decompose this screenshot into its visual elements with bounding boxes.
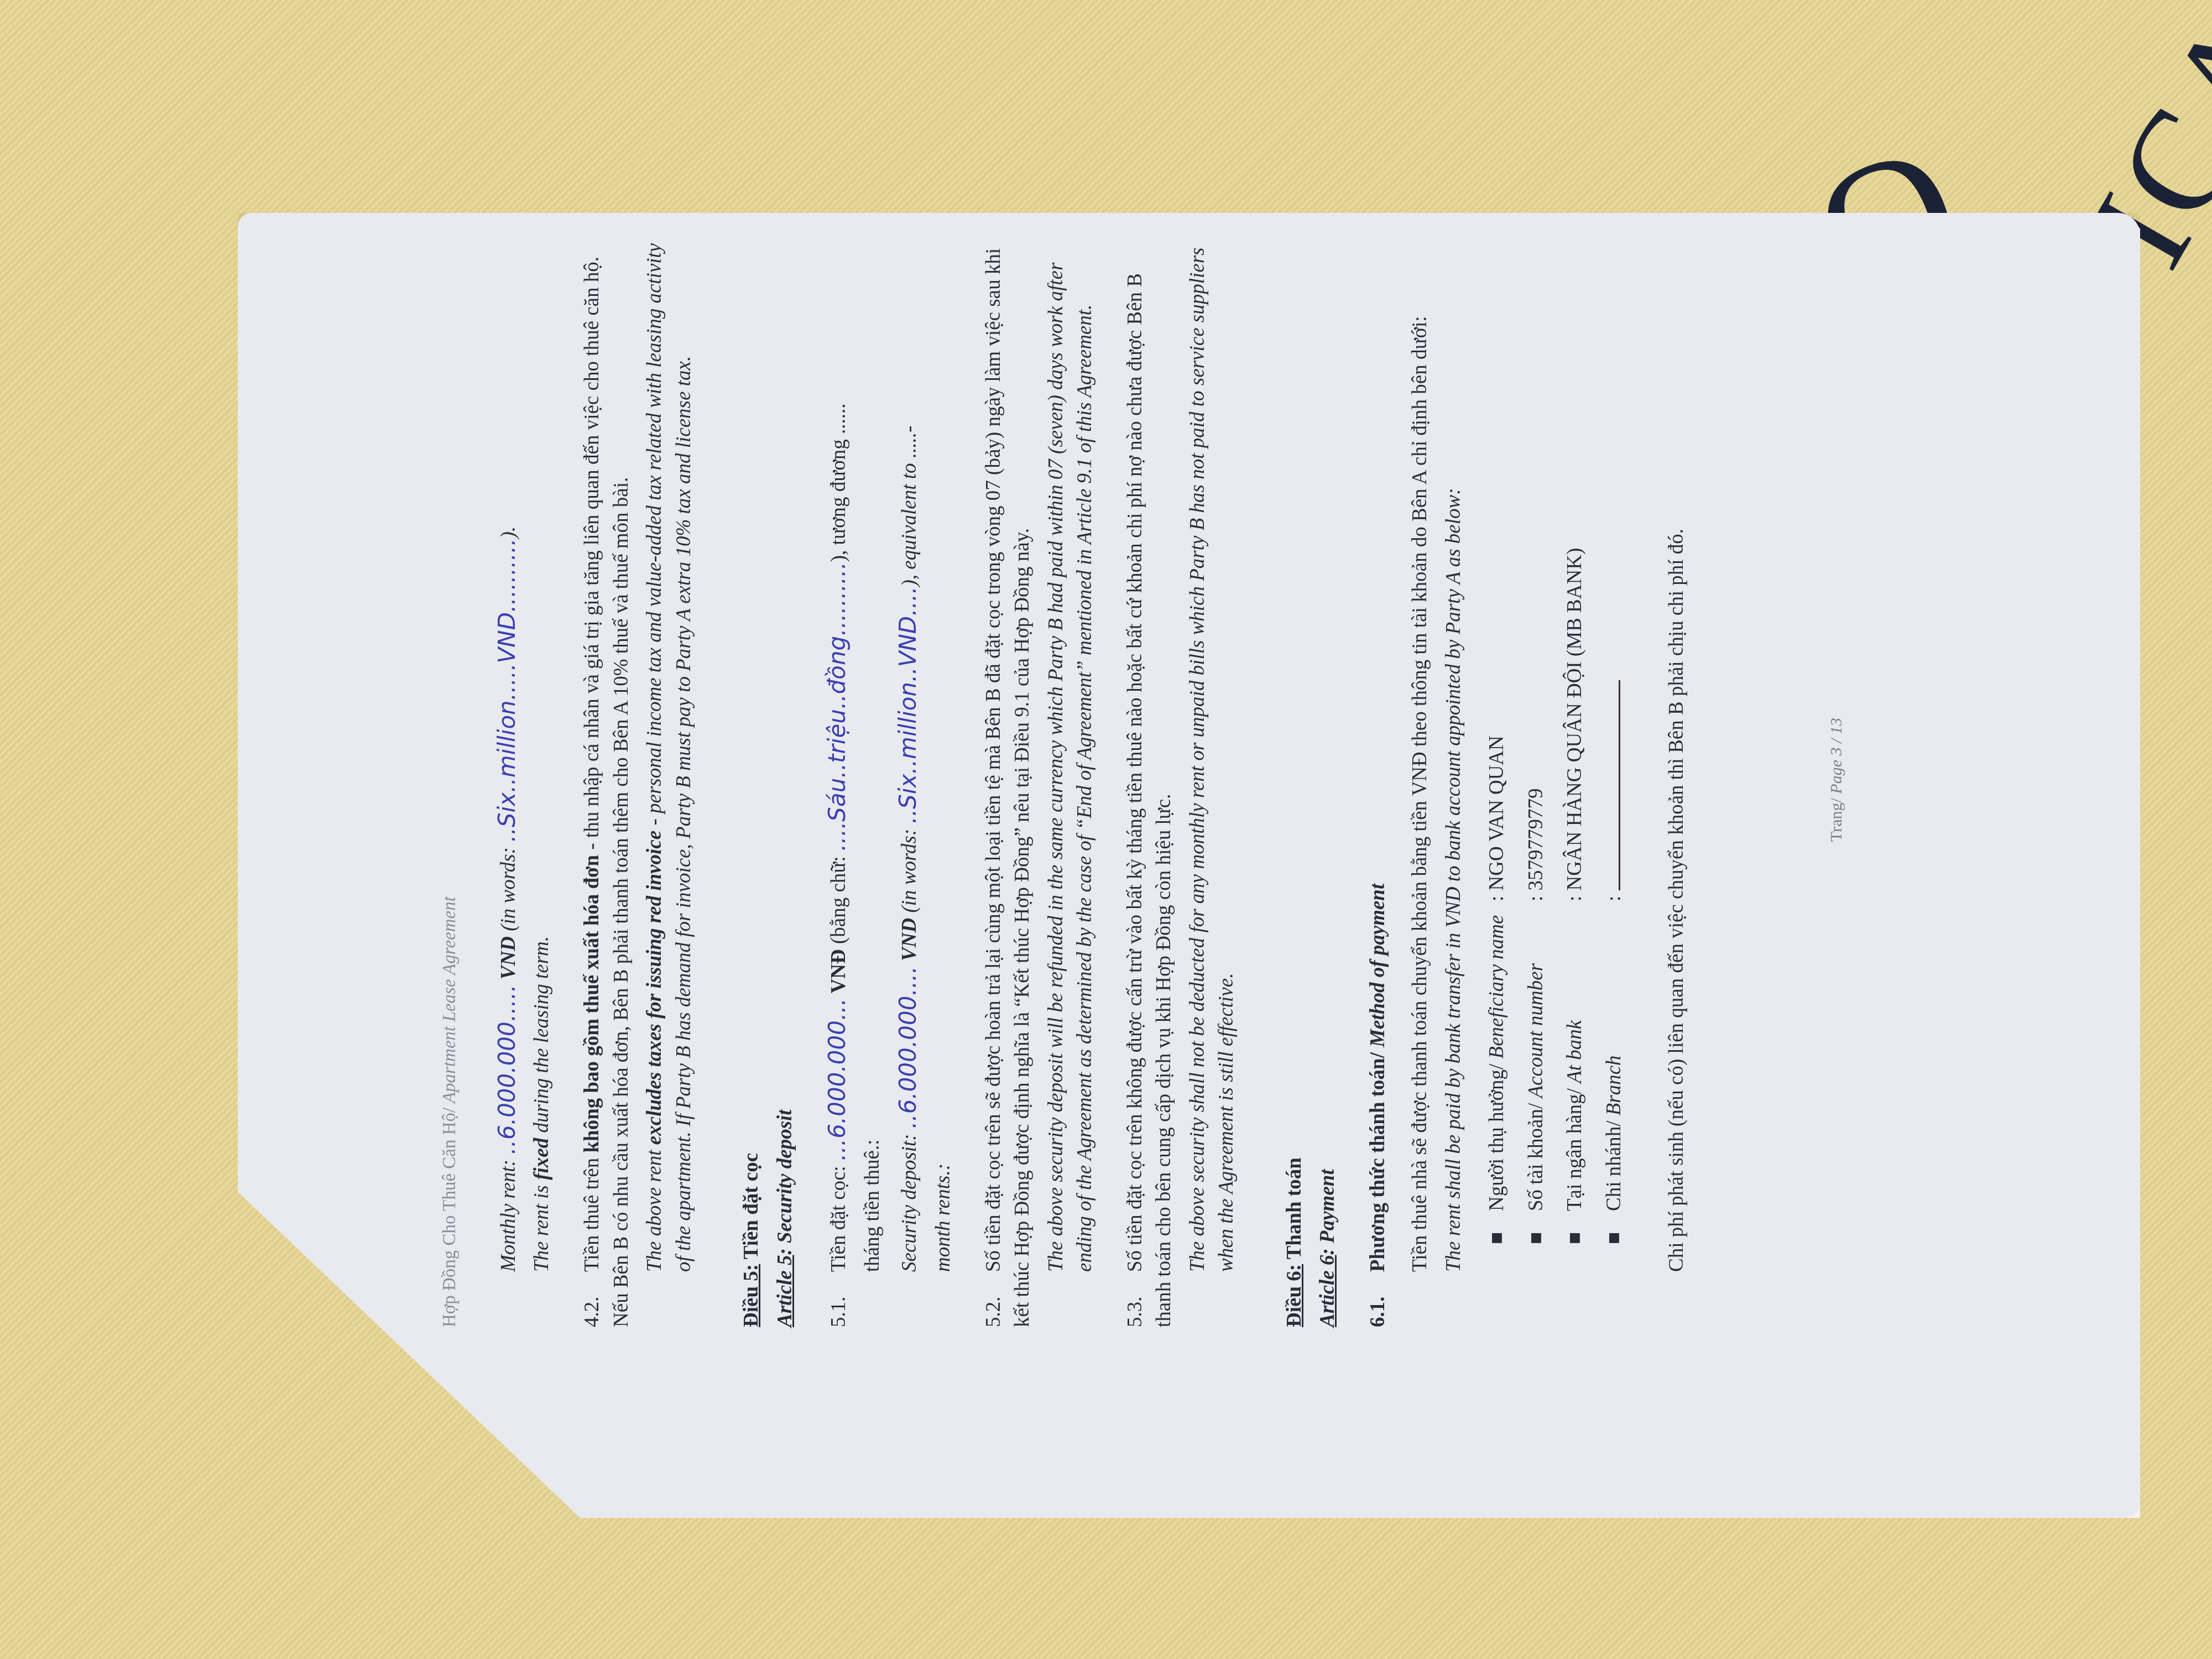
branch-blank-line [1619, 680, 1620, 890]
clause-number: 5.3. [1121, 1272, 1150, 1327]
deposit-amount-en: ..6.000.000.... [894, 966, 921, 1129]
fee-note: Chi phí phát sinh (nếu có) liên quan đến… [1662, 232, 1692, 1272]
label-vi: Người thụ hưởng/ [1485, 1058, 1508, 1211]
heading-vi: Thanh toán [1283, 1157, 1306, 1264]
text: month rents.: [929, 232, 958, 1272]
footer-prefix: Trang/ [1827, 794, 1845, 842]
label-vi: Chi nhánh/ [1603, 1115, 1625, 1211]
bullet-icon: ■ [1600, 1211, 1629, 1244]
monthly-rent-words: ..Six..million.....VND.......... [493, 539, 520, 842]
deposit-words-en: ..Six..million..VND.... [894, 586, 921, 823]
label-vi: Số tài khoản/ [1525, 1098, 1547, 1211]
beneficiary-name: : NGO VAN QUAN [1483, 735, 1512, 901]
text: The above security shall not be deducted… [1183, 232, 1241, 1272]
contract-page: Hợp Đồng Cho Thuê Căn Hộ/ Apartment Leas… [310, 199, 1969, 1360]
text: The rent shall be paid by bank transfer … [1439, 232, 1469, 1272]
monthly-rent-line: Monthly rent: ..6.000.000..... VND (in w… [491, 232, 524, 1272]
branch-value: : [1603, 896, 1625, 901]
text: ), equivalent to .....- [898, 426, 921, 587]
bullet-icon: ■ [1522, 1211, 1551, 1244]
running-head-en: Apartment Lease Agreement [440, 896, 460, 1108]
text: Số tiền đặt cọc trên sẽ được hoàn trả lạ… [982, 248, 1034, 1327]
close-paren: ). [497, 526, 520, 539]
heading-en-label: Article 5 [774, 1255, 796, 1327]
clause-5-2: 5.2.Số tiền đặt cọc trên sẽ được hoàn tr… [979, 232, 1100, 1327]
text-bold: excludes taxes for issuing red invoice [643, 831, 666, 1145]
bank-detail-row: ■ Chi nhánh/ Branch : [1600, 232, 1629, 1244]
words-label: (in words: [898, 824, 921, 918]
bank-detail-row: ■ Người thụ hưởng/ Beneficiary name : NG… [1483, 232, 1512, 1244]
deposit-label-en: Security deposit: [898, 1129, 921, 1272]
text-bold: fixed [530, 1138, 553, 1180]
article-5-heading: Điều 5: Tiền đặt cọc Article 5: Security… [737, 232, 800, 1327]
text: Số tiền đặt cọc trên không được cấn trừ … [1124, 273, 1176, 1327]
text: tháng tiền thuê.: [858, 232, 888, 1272]
rent-fixed-note: The rent is fixed during the leasing ter… [528, 232, 557, 1272]
label-en: Account number [1525, 963, 1547, 1098]
heading-vi-label: Điều 5: [740, 1264, 763, 1327]
label-en: Beneficiary name [1485, 915, 1508, 1059]
deposit-words-vi: ....Sáu..triệu..đồng.......... [823, 562, 851, 851]
heading-vi-label: Điều 6: [1283, 1264, 1306, 1327]
text: Tiền thuê nhà sẽ được thanh toán chuyển … [1406, 232, 1435, 1272]
label-vi: Tại ngân hàng/ [1563, 1083, 1586, 1211]
page-footer: Trang/ Page 3 / 13 [1825, 199, 1849, 1360]
heading-en-label: Article 6 [1316, 1255, 1339, 1327]
currency: VNĐ [827, 949, 850, 998]
text: The rent is [530, 1180, 553, 1272]
clause-number: 5.1. [825, 1272, 854, 1327]
deposit-label-vi: Tiền đặt cọc: [827, 1161, 850, 1272]
bank-name: : NGÂN HÀNG QUÂN ĐỘI (MB BANK) [1561, 548, 1590, 901]
clause-title-vi: Phương thức thánh toán/ [1366, 1052, 1389, 1272]
clause-title-en: Method of payment [1366, 884, 1389, 1052]
running-head: Hợp Đồng Cho Thuê Căn Hộ/ Apartment Leas… [437, 232, 463, 1327]
text: ), tương đương ...... [827, 403, 850, 562]
clause-4-2: 4.2.Tiền thuê trên không bao gồm thuế xu… [578, 232, 698, 1327]
bullet-icon: ■ [1561, 1211, 1590, 1244]
bank-details: ■ Người thụ hưởng/ Beneficiary name : NG… [1483, 232, 1629, 1327]
text: The above rent [643, 1145, 666, 1272]
label-en: Branch [1603, 1055, 1625, 1115]
clause-5-3: 5.3.Số tiền đặt cọc trên không được cấn … [1121, 232, 1241, 1327]
bank-detail-row: ■ Tại ngân hàng/ At bank : NGÂN HÀNG QUÂ… [1561, 232, 1590, 1244]
running-head-vi: Hợp Đồng Cho Thuê Căn Hộ/ [440, 1108, 460, 1327]
in-words-label: (in words: [497, 842, 520, 936]
currency: VND [898, 918, 921, 966]
monthly-rent-amount: ..6.000.000..... [493, 984, 520, 1154]
text: Tiền thuê trên [581, 1153, 603, 1272]
monthly-rent-label: Monthly rent: [497, 1155, 520, 1272]
text: The above security deposit will be refun… [1042, 232, 1100, 1272]
bank-detail-row: ■ Số tài khoản/ Account number : 3579779… [1522, 232, 1551, 1244]
currency: VND [497, 936, 520, 984]
heading-en: : Payment [1316, 1169, 1339, 1255]
bullet-icon: ■ [1483, 1211, 1512, 1244]
clause-number: 5.2. [979, 1272, 1009, 1327]
text: during the leasing term. [530, 936, 553, 1138]
clause-number: 6.1. [1364, 1272, 1393, 1327]
heading-vi: Tiền đặt cọc [740, 1153, 763, 1264]
label-en: At bank [1563, 1020, 1586, 1083]
clause-5-1: 5.1.Tiền đặt cọc: ...6.000.000... VNĐ (b… [821, 232, 958, 1327]
text-bold: không bao gồm thuế xuất hóa đơn [581, 855, 603, 1153]
deposit-amount-vi: ...6.000.000... [823, 998, 851, 1161]
clause-6-1: 6.1.Phương thức thánh toán/ Method of pa… [1364, 232, 1469, 1327]
clause-number: 4.2. [578, 1272, 607, 1327]
words-label: (bằng chữ: [827, 851, 850, 949]
page-number: Page 3 / 13 [1827, 718, 1845, 794]
article-6-heading: Điều 6: Thanh toán Article 6: Payment [1280, 232, 1343, 1327]
account-number: : 3579779779 [1522, 788, 1551, 901]
heading-en: : Security deposit [774, 1109, 796, 1255]
